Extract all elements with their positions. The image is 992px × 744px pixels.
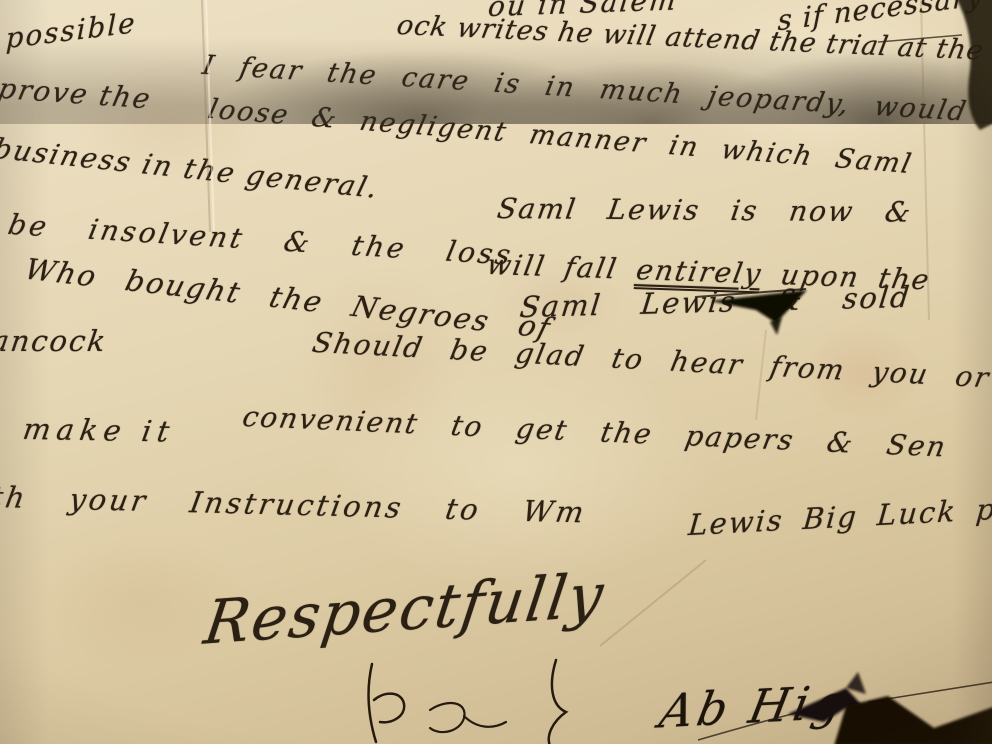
hw-lewis-now: Saml Lewis is now & — [495, 192, 914, 229]
camera-shadow — [0, 0, 992, 124]
letter-photo: ou in Salem s if necessary possible ock … — [0, 0, 992, 744]
hw-signature-partial: Ab Hig — [655, 674, 851, 738]
hw-fall-pre: will fall — [484, 248, 639, 286]
hw-ancock: ancock — [0, 324, 109, 358]
hw-make-it: make it — [21, 412, 178, 449]
